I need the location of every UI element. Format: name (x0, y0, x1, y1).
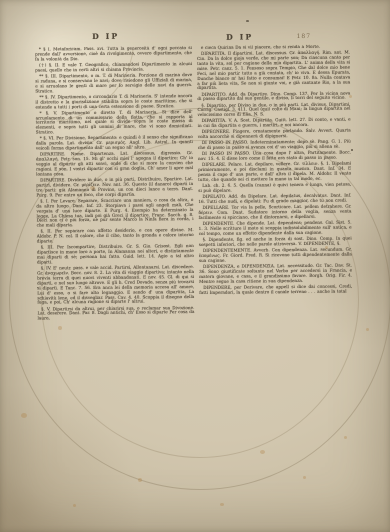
entry-paragraph: §. IV. E' neutr. pass. e vale accid. Par… (37, 265, 194, 306)
text-column-right: e cieca Quirina Da sì vil piacere, che s… (197, 45, 354, 428)
entry-paragraph: §. V. Dipartirsi da altrui, per chiarirs… (37, 306, 194, 322)
entry-paragraph: ** §. IV. Dipartimento, o circondario T.… (35, 94, 192, 110)
entry-paragraph: * §. VI. Per Divisione, Separamento: e q… (36, 135, 193, 151)
running-head-right: D IP (223, 32, 257, 41)
entry-paragraph: DIPELARE. Pelare. Lat. depilare, vellere… (198, 162, 351, 183)
entry-paragraph: §. Dipartito, per Diviso in due, o in pi… (197, 102, 350, 118)
page-sheet: D IP D IP 187 * § I. Metaforicam. Pass. … (0, 0, 390, 532)
entry-paragraph: §. III. Per Iscompartire, Distribuire. G… (37, 244, 194, 265)
entry-paragraph: DIPENDENTEMENTE. Avverb. Con dipendenza.… (199, 248, 352, 264)
entry-paragraph: DIPENDENTE. Che dipende. Lat. dependens;… (199, 221, 352, 237)
text-column-left: * § I. Metaforicam. Pass. xvi. Tutta la … (35, 46, 196, 429)
entry-paragraph: DIPENDERE, per Derivare, che appell si d… (199, 284, 352, 295)
entry-paragraph: DIPARTITA. Il dipartirsi. Lat. discessus… (197, 51, 350, 92)
entry-paragraph: * § I. Metaforicam. Pass. xvi. Tutta la … (35, 46, 192, 62)
entry-paragraph: DIPARTIRE. Nome. Dipartenza. Lat. disces… (36, 151, 193, 177)
entry-paragraph: §. II. Per separare con affetto desideri… (37, 228, 194, 244)
scanned-book-page: D IP D IP 187 * § I. Metaforicam. Pass. … (0, 0, 390, 532)
entry-paragraph: ** §. III. Dipartimento, o m. T. di Mari… (35, 73, 192, 94)
entry-paragraph: DIPARTITO. Add. da Dipartire. Dino. Comp… (197, 91, 350, 102)
entry-paragraph: §. I. Per Levare, Separare, Scacciare un… (36, 198, 193, 229)
entry-paragraph: DIPELLARE. Tor via la pelle, Scorticare.… (198, 205, 351, 221)
entry-paragraph: DIPARTIRE. Dividere in due, o in più par… (36, 177, 193, 198)
entry-paragraph: * §. V. Dipartimento o diretto T. di Mar… (36, 110, 193, 136)
page-number: 187 (291, 33, 317, 40)
entry-paragraph: DIPENDENZA, e DIPENDENZIA. Lat. necessit… (199, 263, 352, 284)
running-head-left: D IP (84, 32, 128, 41)
